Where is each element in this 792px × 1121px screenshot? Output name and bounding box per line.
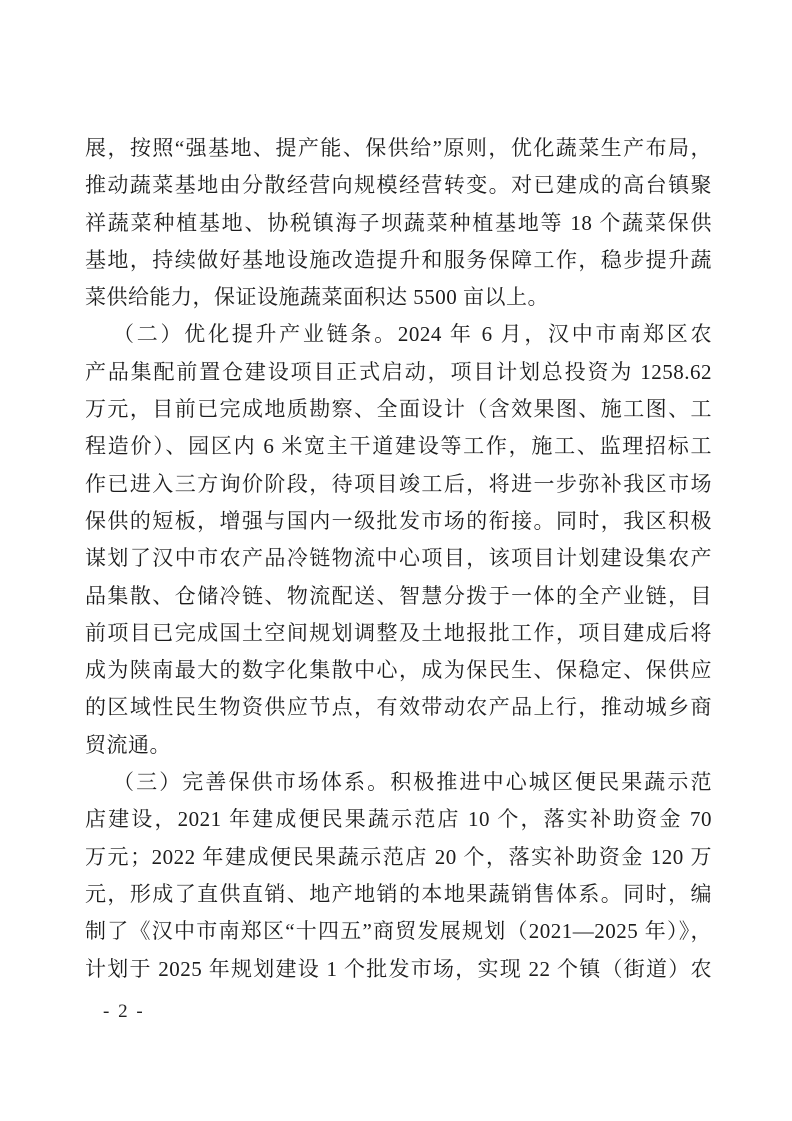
text-line: 成为陕南最大的数字化集散中心，成为保民生、保稳定、保供应 xyxy=(85,652,712,689)
text-line: （二）优化提升产业链条。2024 年 6 月，汉中市南郑区农 xyxy=(85,316,712,353)
text-line: 谋划了汉中市农产品冷链物流中心项目，该项目计划建设集农产 xyxy=(85,540,712,577)
text-line: 制了《汉中市南郑区“十四五”商贸发展规划（2021—2025 年）》， xyxy=(85,913,712,950)
text-line: 保供的短板，增强与国内一级批发市场的衔接。同时，我区积极 xyxy=(85,503,712,540)
text-line: 推动蔬菜基地由分散经营向规模经营转变。对已建成的高台镇聚 xyxy=(85,167,712,204)
text-line: 的区域性民生物资供应节点，有效带动农产品上行，推动城乡商 xyxy=(85,689,712,726)
text-line: 计划于 2025 年规划建设 1 个批发市场，实现 22 个镇（街道）农 xyxy=(85,951,712,988)
text-line: 展，按照“强基地、提产能、保供给”原则，优化蔬菜生产布局， xyxy=(85,130,712,167)
text-line: （三）完善保供市场体系。积极推进中心城区便民果蔬示范 xyxy=(85,764,712,801)
text-line: 作已进入三方询价阶段，待项目竣工后，将进一步弥补我区市场 xyxy=(85,466,712,503)
document-body: 展，按照“强基地、提产能、保供给”原则，优化蔬菜生产布局，推动蔬菜基地由分散经营… xyxy=(85,130,712,988)
text-line: 菜供给能力，保证设施蔬菜面积达 5500 亩以上。 xyxy=(85,279,712,316)
text-line: 贸流通。 xyxy=(85,727,712,764)
text-line: 万元；2022 年建成便民果蔬示范店 20 个，落实补助资金 120 万 xyxy=(85,839,712,876)
text-line: 万元，目前已完成地质勘察、全面设计（含效果图、施工图、工 xyxy=(85,391,712,428)
text-line: 产品集配前置仓建设项目正式启动，项目计划总投资为 1258.62 xyxy=(85,354,712,391)
text-line: 祥蔬菜种植基地、协税镇海子坝蔬菜种植基地等 18 个蔬菜保供 xyxy=(85,205,712,242)
text-line: 基地，持续做好基地设施改造提升和服务保障工作，稳步提升蔬 xyxy=(85,242,712,279)
text-line: 店建设，2021 年建成便民果蔬示范店 10 个，落实补助资金 70 xyxy=(85,801,712,838)
text-line: 元，形成了直供直销、地产地销的本地果蔬销售体系。同时，编 xyxy=(85,876,712,913)
page-number: - 2 - xyxy=(103,1000,145,1024)
text-line: 品集散、仓储冷链、物流配送、智慧分拨于一体的全产业链，目 xyxy=(85,578,712,615)
text-line: 前项目已完成国土空间规划调整及土地报批工作，项目建成后将 xyxy=(85,615,712,652)
document-page: 展，按照“强基地、提产能、保供给”原则，优化蔬菜生产布局，推动蔬菜基地由分散经营… xyxy=(0,0,792,1121)
text-line: 程造价）、园区内 6 米宽主干道建设等工作，施工、监理招标工 xyxy=(85,428,712,465)
